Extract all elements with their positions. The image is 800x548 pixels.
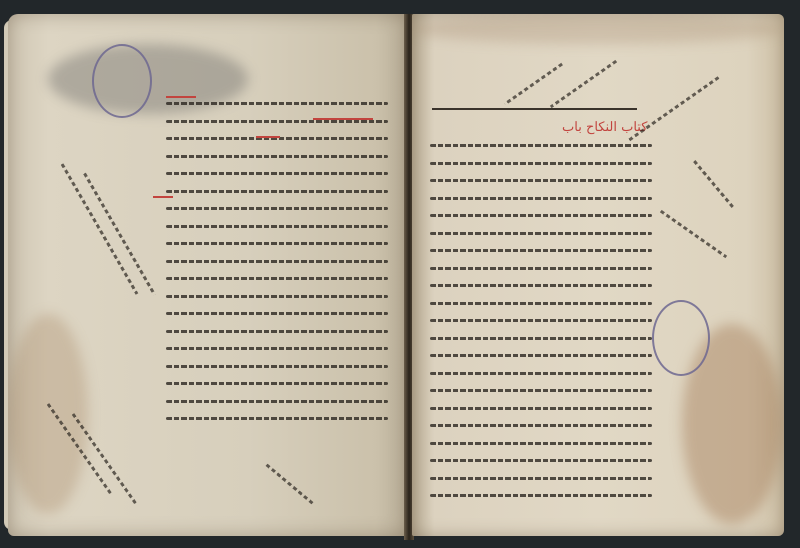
seal-stamp (92, 44, 152, 118)
left-page (8, 14, 408, 536)
main-text-block (430, 144, 652, 512)
marginal-notes (61, 163, 139, 294)
manuscript-photo: كتاب النكاح باب (0, 0, 800, 548)
right-page: كتاب النكاح باب (412, 14, 784, 536)
marginal-notes (504, 63, 563, 106)
main-text-block (166, 102, 388, 435)
seal-stamp (652, 300, 710, 376)
